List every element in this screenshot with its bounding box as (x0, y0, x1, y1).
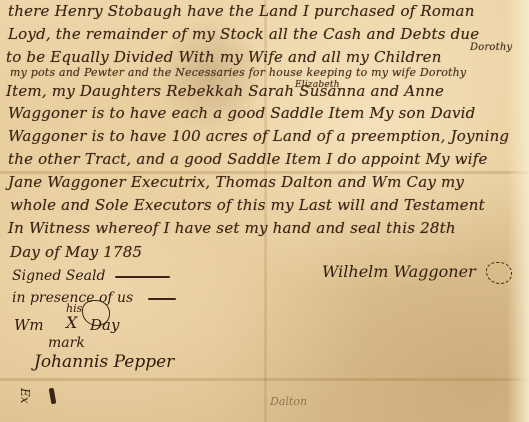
will-line-3: to be Equally Divided With my Wife and a… (6, 48, 442, 66)
will-line-7: Waggoner is to have 100 acres of Land of… (8, 127, 509, 145)
will-line-9: Jane Waggoner Executrix, Thomas Dalton a… (8, 173, 464, 191)
witness-1-first-name: Wm (14, 316, 44, 334)
will-line-8: the other Tract, and a good Saddle Item … (8, 150, 488, 168)
flourish-line (115, 276, 170, 278)
ink-blot (49, 388, 57, 405)
will-line-1: there Henry Stobaugh have the Land I pur… (8, 2, 475, 20)
will-line-10: whole and Sole Executors of this my Last… (10, 196, 485, 214)
testator-seal (486, 262, 512, 284)
witness-1-surname: Day (90, 316, 119, 334)
will-line-11: In Witness whereof I have set my hand an… (8, 219, 456, 237)
witness-1-mark-label: mark (48, 335, 85, 351)
manuscript-page: there Henry Stobaugh have the Land I pur… (0, 0, 529, 422)
will-line-6: Waggoner is to have each a good Saddle I… (8, 104, 475, 122)
fold-crease-horizontal-lower (0, 378, 529, 381)
will-line-12-date: Day of May 1785 (10, 243, 142, 261)
will-line-5: Item, my Daughters Rebekkah Sarah Susann… (6, 82, 444, 100)
witness-1-x-mark: X (66, 313, 77, 332)
flourish-line-2 (148, 298, 176, 300)
will-line-2: Loyd, the remainder of my Stock all the … (8, 25, 479, 43)
margin-note-rotated: Ex (18, 388, 32, 404)
witness-2-signature: Johannis Pepper (34, 352, 174, 372)
interlineation-dorothy: Dorothy (470, 42, 512, 53)
page-edge (507, 0, 529, 422)
attestation-heading-1: Signed Seald (12, 268, 105, 284)
will-line-4-interlined: my pots and Pewter and the Necessaries f… (10, 66, 466, 79)
margin-note-faded: Dalton (270, 395, 307, 408)
testator-signature: Wilhelm Waggoner (322, 262, 476, 281)
